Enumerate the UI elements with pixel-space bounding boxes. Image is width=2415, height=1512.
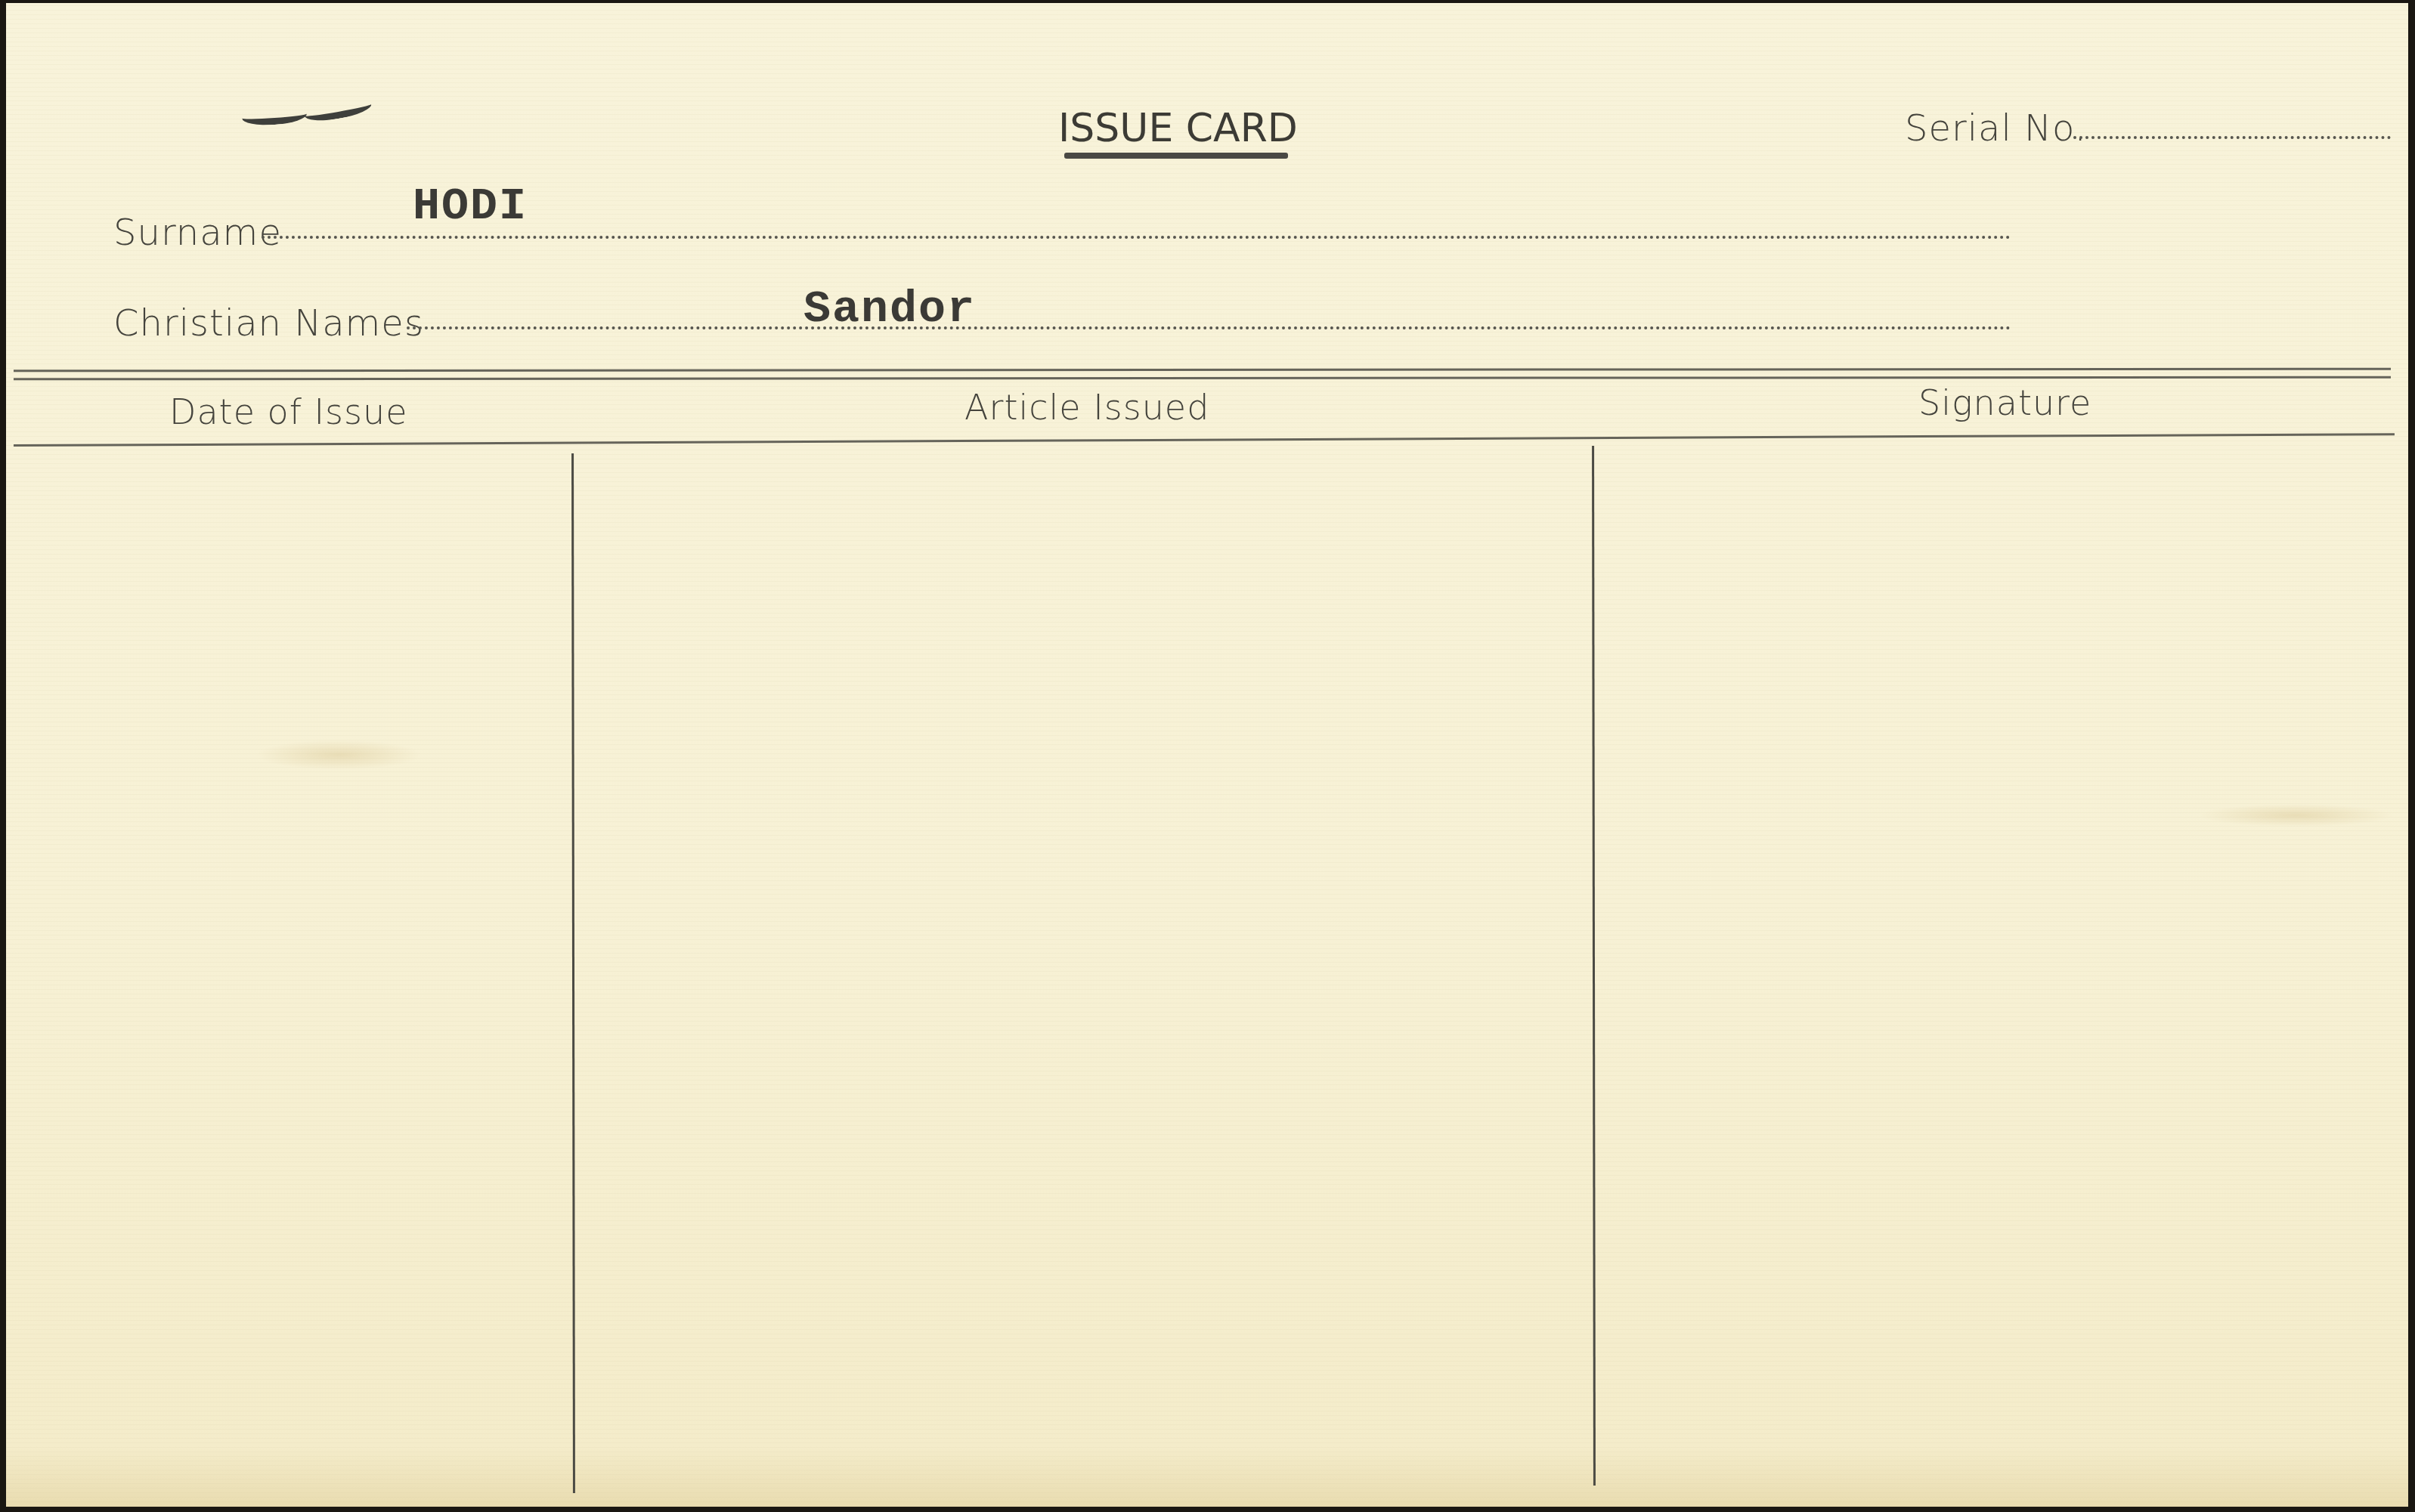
- column-header-article-issued: Article Issued: [964, 387, 1209, 428]
- date-of-issue-column[interactable]: [14, 456, 569, 1492]
- staple-icon: [303, 95, 373, 124]
- column-header-signature: Signature: [1918, 382, 2091, 423]
- article-issued-column[interactable]: [577, 456, 1590, 1492]
- column-header-date-of-issue: Date of Issue: [169, 391, 407, 432]
- serial-number-label: Serial No.: [1905, 107, 2087, 150]
- issue-card: ISSUE CARD Serial No. Surname HODI Chris…: [6, 3, 2408, 1507]
- title-underline: [1064, 153, 1288, 159]
- surname-value: HODI: [413, 181, 528, 233]
- header-double-rule-top: [14, 368, 2391, 373]
- header-double-rule-bottom: [14, 376, 2391, 381]
- column-divider-1: [571, 453, 575, 1493]
- signature-column[interactable]: [1598, 449, 2399, 1492]
- christian-names-field[interactable]: [407, 326, 2011, 329]
- header-bottom-rule: [14, 433, 2395, 447]
- surname-label: Surname: [113, 212, 282, 254]
- christian-names-value: Sandor: [803, 284, 976, 335]
- surname-field[interactable]: [262, 236, 2011, 239]
- staple-icon: [241, 105, 307, 127]
- serial-number-field[interactable]: [2073, 136, 2391, 139]
- column-divider-2: [1592, 446, 1596, 1486]
- christian-names-label: Christian Names: [113, 302, 424, 345]
- card-title: ISSUE CARD: [1058, 106, 1298, 151]
